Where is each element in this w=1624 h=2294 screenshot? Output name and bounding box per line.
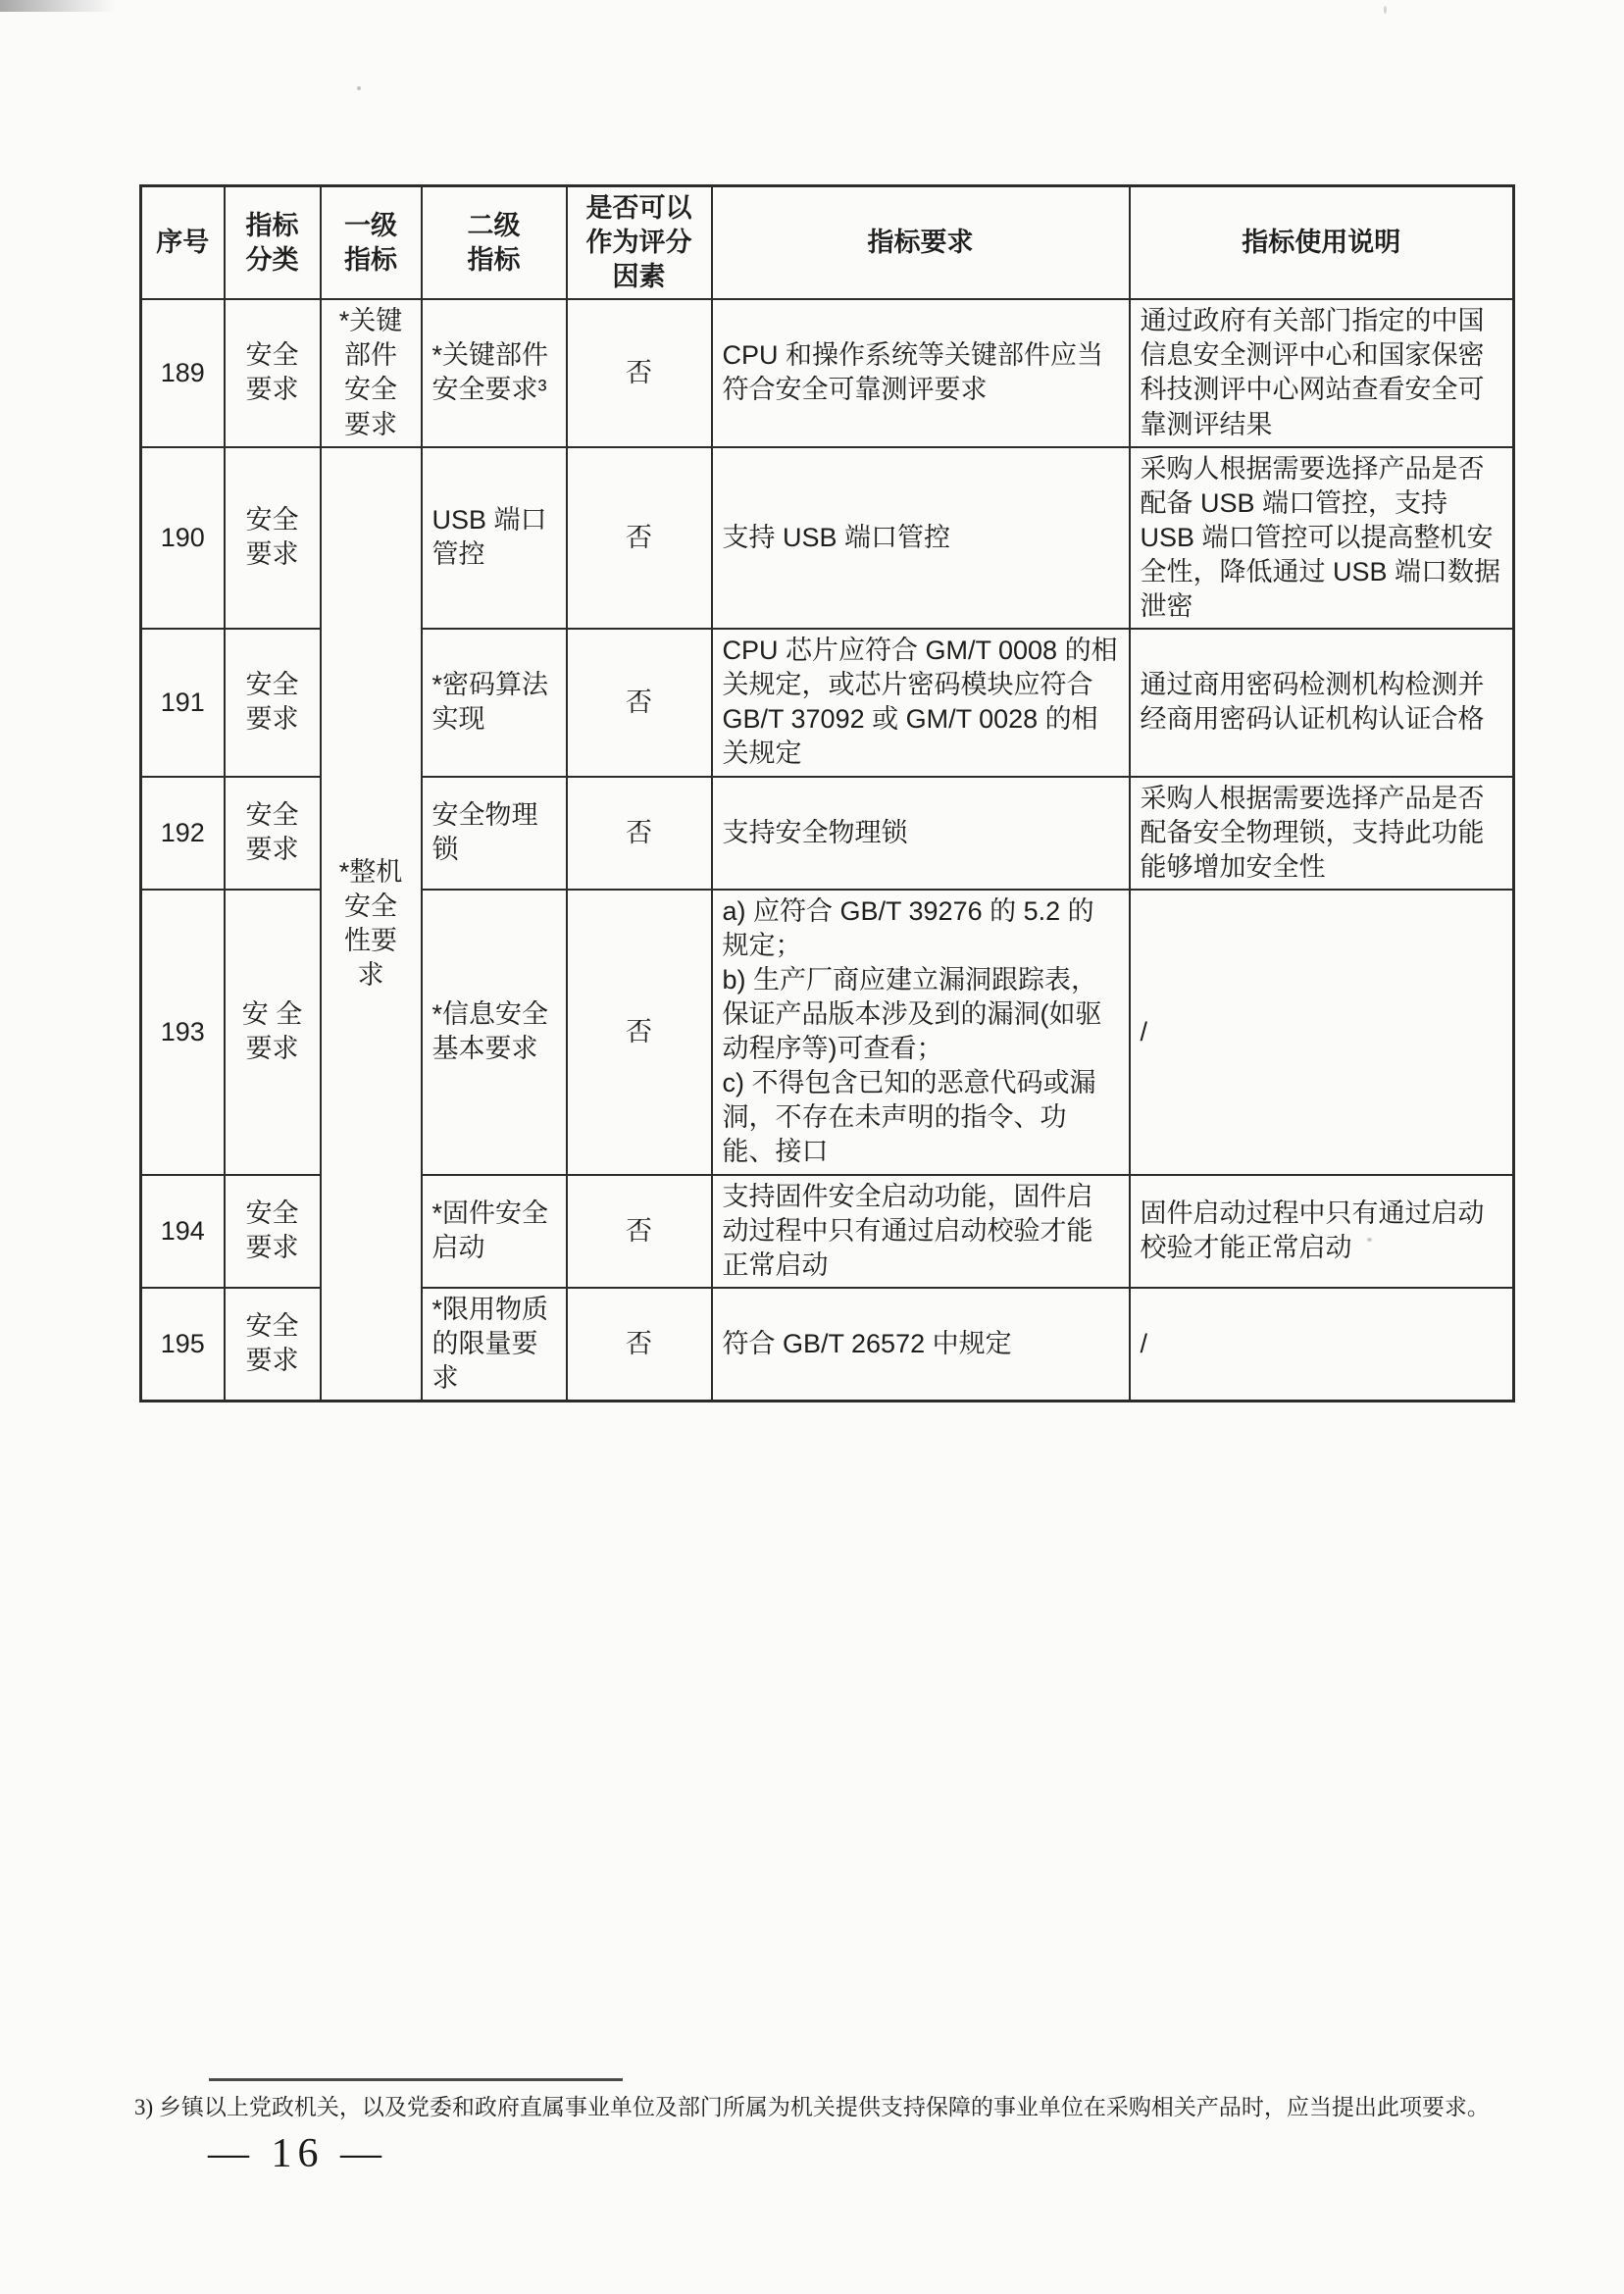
cell-no: 194 — [141, 1175, 225, 1288]
scan-speck — [1384, 6, 1387, 14]
table-row: 189 安全 要求 *关键 部件 安全 要求 *关键部件 安全要求³ 否 CPU… — [141, 299, 1514, 446]
header-requirement: 指标要求 — [712, 186, 1130, 300]
cell-category: 安全 要求 — [225, 629, 321, 776]
page-number: — 16 — — [208, 2130, 387, 2177]
cell-level2: *固件安全 启动 — [422, 1175, 567, 1288]
header-level1: 一级 指标 — [321, 186, 422, 300]
indicator-table: 序号 指标 分类 一级 指标 二级 指标 是否可以 作为评分 因素 指标要求 指… — [139, 184, 1515, 1402]
footnote-text: 3) 乡镇以上党政机关，以及党委和政府直属事业单位及部门所属为机关提供支持保障的… — [134, 2092, 1537, 2122]
cell-usage: / — [1130, 1288, 1514, 1402]
scan-speck — [357, 86, 361, 90]
cell-category: 安全 要求 — [225, 447, 321, 629]
cell-scoring: 否 — [567, 447, 712, 629]
cell-category: 安全 要求 — [225, 1175, 321, 1288]
cell-scoring: 否 — [567, 777, 712, 890]
cell-level2: *信息安全 基本要求 — [422, 890, 567, 1175]
cell-usage: 采购人根据需要选择产品是否配备 USB 端口管控，支持 USB 端口管控可以提高… — [1130, 447, 1514, 629]
cell-no: 193 — [141, 890, 225, 1175]
scan-smudge — [0, 0, 116, 12]
cell-no: 191 — [141, 629, 225, 776]
cell-usage: 通过商用密码检测机构检测并经商用密码认证机构认证合格 — [1130, 629, 1514, 776]
cell-category: 安全 要求 — [225, 299, 321, 446]
header-scoring: 是否可以 作为评分 因素 — [567, 186, 712, 300]
cell-scoring: 否 — [567, 890, 712, 1175]
cell-no: 190 — [141, 447, 225, 629]
cell-level2: USB 端口 管控 — [422, 447, 567, 629]
table-header-row: 序号 指标 分类 一级 指标 二级 指标 是否可以 作为评分 因素 指标要求 指… — [141, 186, 1514, 300]
cell-level1: *关键 部件 安全 要求 — [321, 299, 422, 446]
scanned-document-page: { "page": { "footnote": "3) 乡镇以上党政机关，以及党… — [0, 0, 1624, 2294]
cell-requirement: 支持 USB 端口管控 — [712, 447, 1130, 629]
cell-no: 195 — [141, 1288, 225, 1402]
cell-scoring: 否 — [567, 1288, 712, 1402]
cell-requirement: a) 应符合 GB/T 39276 的 5.2 的规定； b) 生产厂商应建立漏… — [712, 890, 1130, 1175]
cell-category: 安全 要求 — [225, 777, 321, 890]
cell-level2: *密码算法 实现 — [422, 629, 567, 776]
cell-category: 安全 要求 — [225, 1288, 321, 1402]
cell-level2: 安全物理 锁 — [422, 777, 567, 890]
cell-scoring: 否 — [567, 299, 712, 446]
cell-usage: / — [1130, 890, 1514, 1175]
cell-requirement: 支持安全物理锁 — [712, 777, 1130, 890]
header-category: 指标 分类 — [225, 186, 321, 300]
cell-requirement: 符合 GB/T 26572 中规定 — [712, 1288, 1130, 1402]
footnote-divider — [209, 2078, 623, 2081]
cell-level2: *关键部件 安全要求³ — [422, 299, 567, 446]
cell-scoring: 否 — [567, 1175, 712, 1288]
cell-requirement: CPU 和操作系统等关键部件应当符合安全可靠测评要求 — [712, 299, 1130, 446]
cell-no: 192 — [141, 777, 225, 890]
cell-scoring: 否 — [567, 629, 712, 776]
cell-requirement: 支持固件安全启动功能，固件启动过程中只有通过启动校验才能正常启动 — [712, 1175, 1130, 1288]
cell-level1-merged: *整机 安全 性要 求 — [321, 447, 422, 1402]
cell-usage: 通过政府有关部门指定的中国信息安全测评中心和国家保密科技测评中心网站查看安全可靠… — [1130, 299, 1514, 446]
header-level2: 二级 指标 — [422, 186, 567, 300]
cell-usage: 固件启动过程中只有通过启动校验才能正常启动 — [1130, 1175, 1514, 1288]
cell-requirement: CPU 芯片应符合 GM/T 0008 的相关规定，或芯片密码模块应符合 GB/… — [712, 629, 1130, 776]
header-no: 序号 — [141, 186, 225, 300]
cell-usage: 采购人根据需要选择产品是否配备安全物理锁，支持此功能能够增加安全性 — [1130, 777, 1514, 890]
cell-no: 189 — [141, 299, 225, 446]
table-row: 190 安全 要求 *整机 安全 性要 求 USB 端口 管控 否 支持 USB… — [141, 447, 1514, 629]
cell-category: 安 全 要求 — [225, 890, 321, 1175]
header-usage: 指标使用说明 — [1130, 186, 1514, 300]
cell-level2: *限用物质 的限量要 求 — [422, 1288, 567, 1402]
